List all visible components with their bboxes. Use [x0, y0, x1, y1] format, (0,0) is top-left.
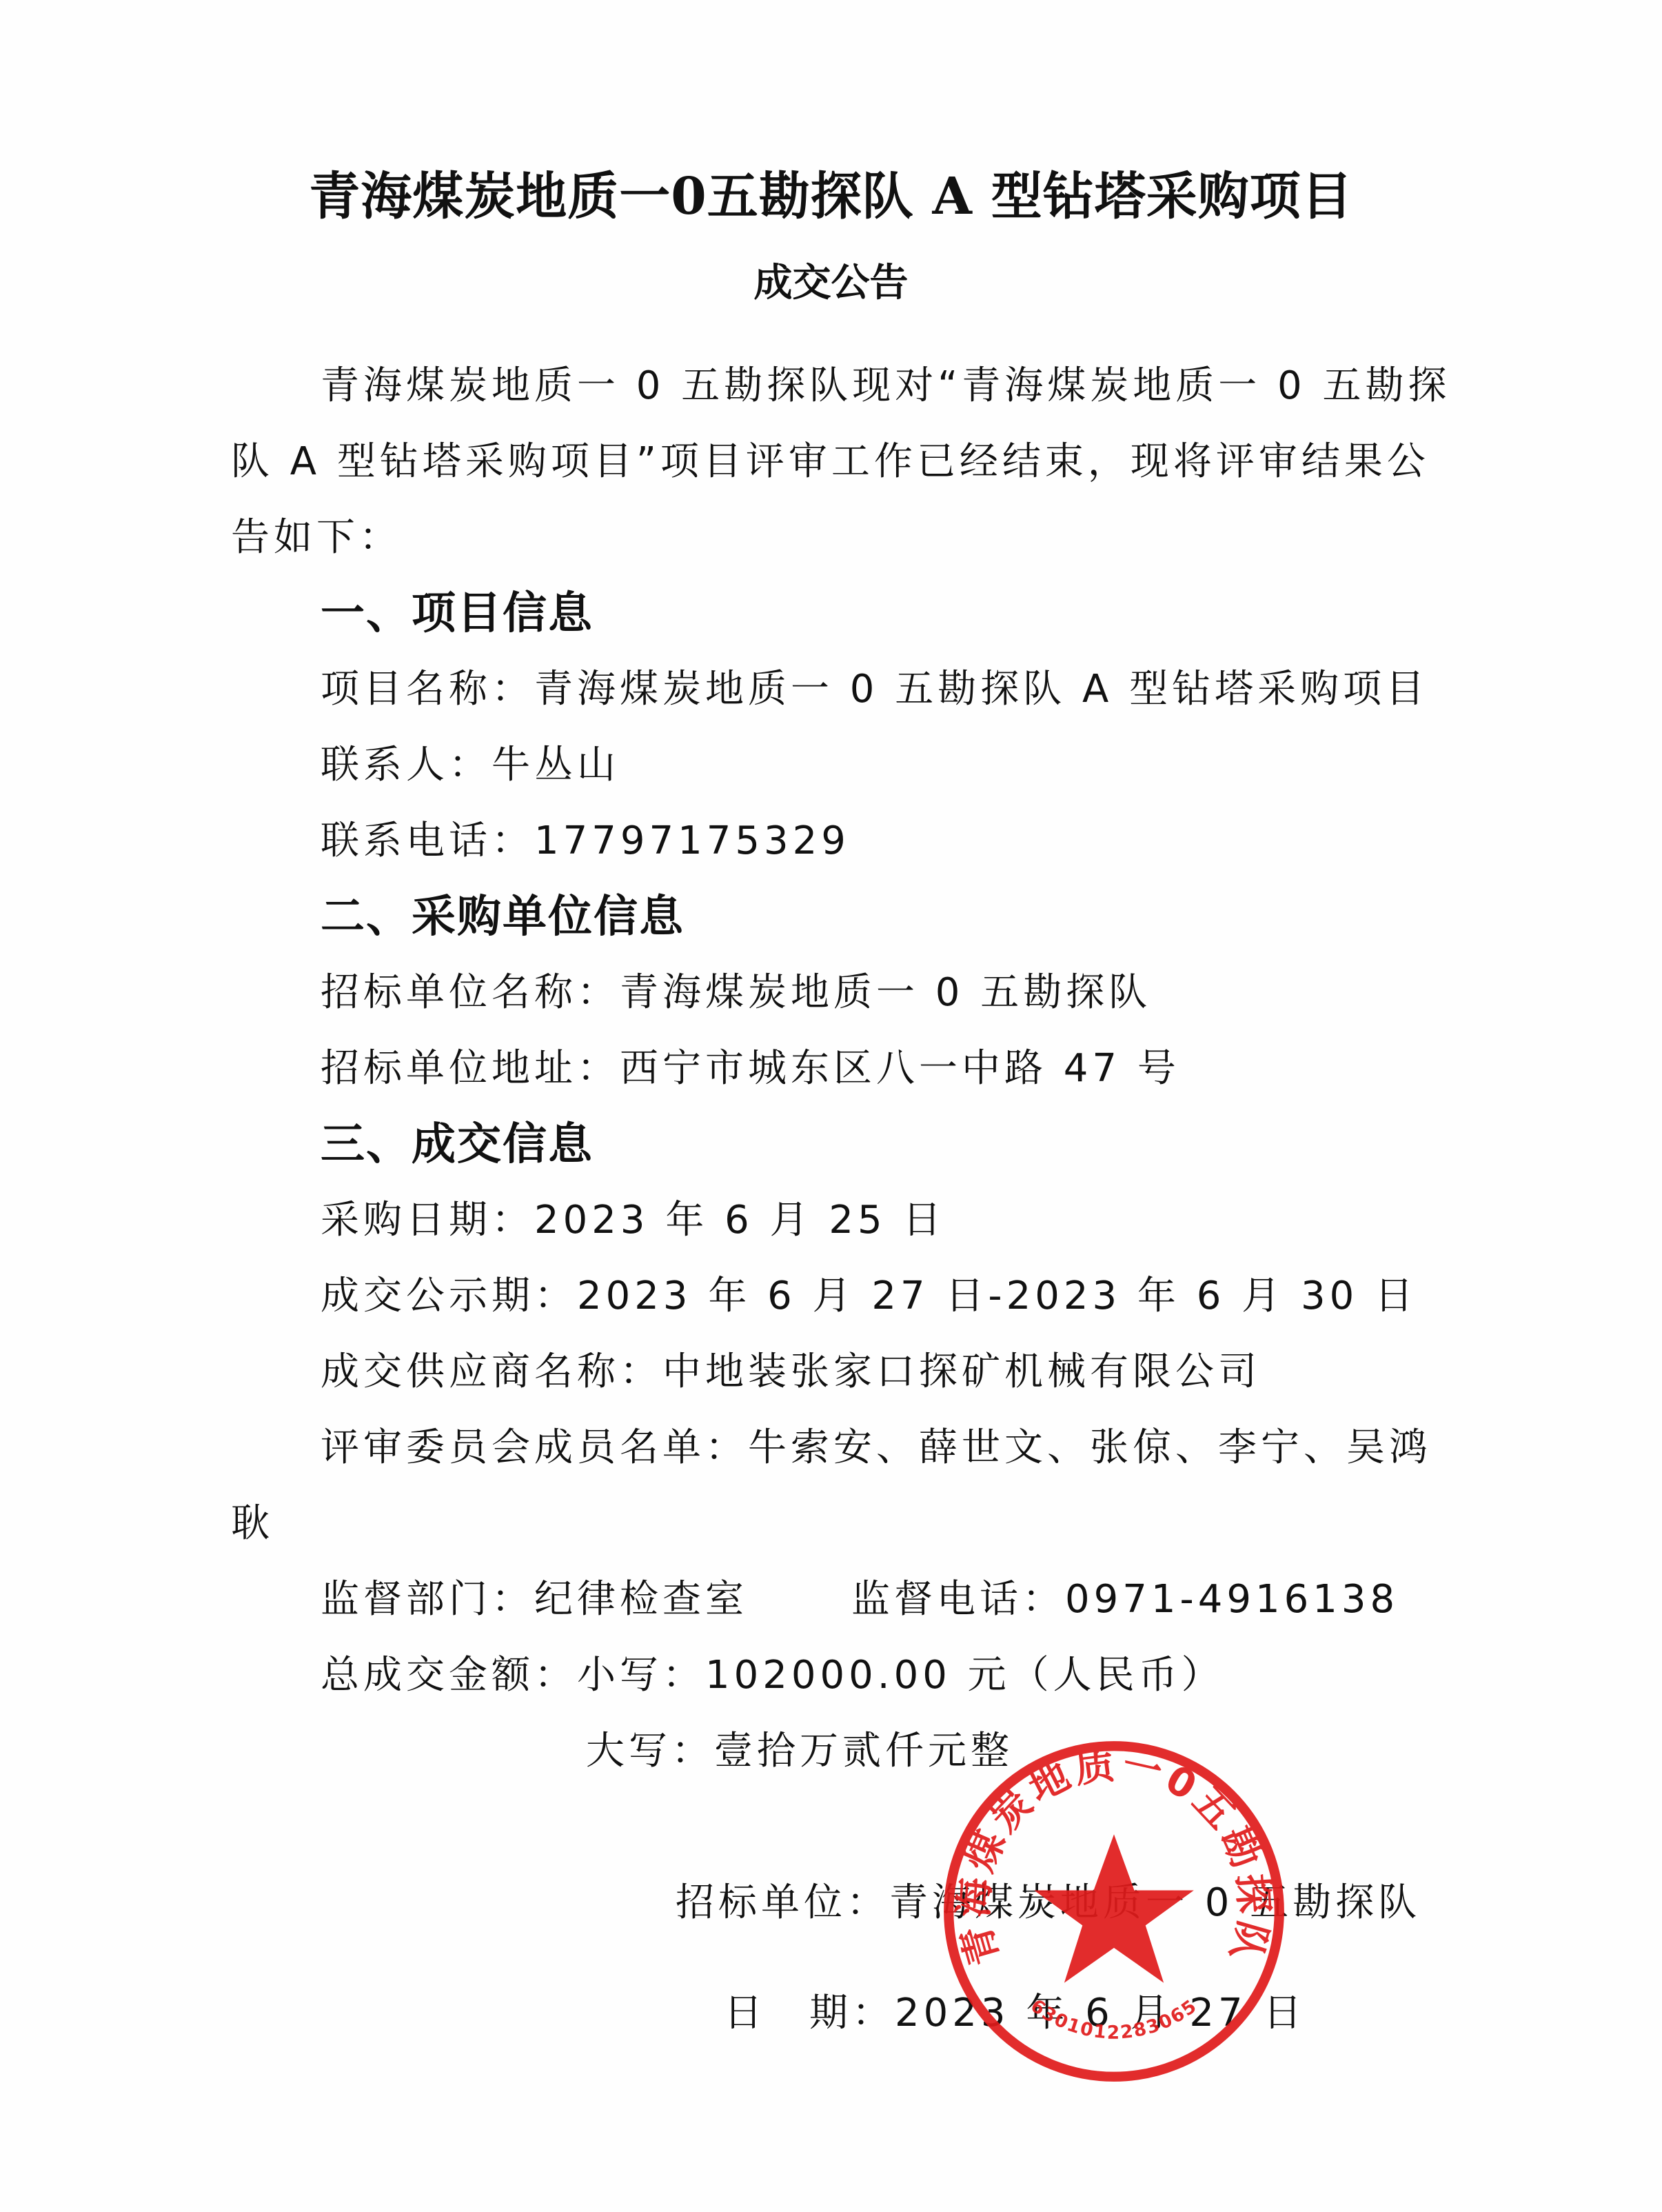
field-supplier-name: 成交供应商名称：中地装张家口探矿机械有限公司 [321, 1345, 1261, 1400]
signature-date-value: 2023 年 6 月 27 日 [895, 1991, 1306, 2035]
field-value: 17797175329 [534, 818, 850, 863]
field-total-amount-uppercase: 大写：壹拾万贰仟元整 [586, 1724, 1013, 1779]
field-value: 2023 年 6 月 27 日-2023 年 6 月 30 日 [577, 1274, 1417, 1318]
field-value: 青海煤炭地质一 0 五勘探队 [620, 970, 1151, 1015]
field-label: 总成交金额： [321, 1653, 577, 1698]
field-label: 联系人： [321, 743, 491, 787]
intro-line-2: 队 A 型钻塔采购项目”项目评审工作已经结束，现将评审结果公 [231, 434, 1430, 490]
field-value: 牛丛山 [491, 743, 620, 787]
field-value: 青海煤炭地质一 0 五勘探队 A 型钻塔采购项目 [534, 667, 1428, 712]
field-bidder-name: 招标单位名称：青海煤炭地质一 0 五勘探队 [321, 965, 1151, 1020]
signature-unit: 招标单位：青海煤炭地质一 0 五勘探队 [676, 1876, 1421, 1931]
signature-unit-label: 招标单位： [676, 1880, 889, 1925]
signature-date: 日 期：2023 年 6 月 27 日 [724, 1986, 1306, 2041]
field-label: 联系电话： [321, 818, 534, 863]
field-bidder-address: 招标单位地址：西宁市城东区八一中路 47 号 [321, 1041, 1180, 1096]
section-heading-deal-info: 三、成交信息 [321, 1117, 594, 1172]
field-value: 0971-4916138 [1065, 1577, 1399, 1622]
field-committee-members: 评审委员会成员名单：牛索安、薛世文、张倞、李宁、吴鸿 [321, 1420, 1432, 1476]
field-total-amount: 总成交金额：小写：102000.00 元（人民币） [321, 1648, 1224, 1703]
field-value: 2023 年 6 月 25 日 [534, 1198, 945, 1243]
field-supervision: 监督部门：纪律检查室监督电话：0971-4916138 [321, 1572, 1399, 1627]
field-label: 项目名称： [321, 667, 534, 712]
field-label: 评审委员会成员名单： [321, 1425, 748, 1470]
field-label: 成交供应商名称： [321, 1349, 662, 1394]
field-contact-person: 联系人：牛丛山 [321, 738, 620, 793]
field-label: 监督部门： [321, 1577, 534, 1622]
field-value: 纪律检查室 [534, 1577, 748, 1622]
field-label: 采购日期： [321, 1198, 534, 1243]
document-page: 青海煤炭地质一0五勘探队 A 型钻塔采购项目 成交公告 青海煤炭地质一 0 五勘… [0, 0, 1662, 2212]
intro-line-1: 青海煤炭地质一 0 五勘探队现对“青海煤炭地质一 0 五勘探 [321, 359, 1450, 414]
field-label: 成交公示期： [321, 1274, 577, 1318]
field-contact-phone: 联系电话：17797175329 [321, 814, 850, 869]
field-label: 招标单位地址： [321, 1046, 620, 1091]
field-value: 壹拾万贰仟元整 [714, 1729, 1013, 1773]
field-value: 牛索安、薛世文、张倞、李宁、吴鸿 [748, 1425, 1432, 1470]
field-value: 小写：102000.00 元（人民币） [577, 1653, 1224, 1698]
signature-date-label: 日 期： [724, 1991, 895, 2035]
field-value: 中地装张家口探矿机械有限公司 [662, 1349, 1261, 1394]
document-subtitle: 成交公告 [0, 255, 1662, 310]
signature-unit-value: 青海煤炭地质一 0 五勘探队 [889, 1880, 1421, 1925]
field-label: 监督电话： [851, 1577, 1065, 1622]
field-purchase-date: 采购日期：2023 年 6 月 25 日 [321, 1193, 945, 1248]
section-heading-purchaser-info: 二、采购单位信息 [321, 889, 685, 945]
field-committee-members-continuation: 耿 [231, 1496, 274, 1551]
document-title: 青海煤炭地质一0五勘探队 A 型钻塔采购项目 [0, 162, 1662, 231]
field-project-name: 项目名称：青海煤炭地质一 0 五勘探队 A 型钻塔采购项目 [321, 662, 1428, 717]
section-heading-project-info: 一、项目信息 [321, 586, 594, 641]
field-label: 招标单位名称： [321, 970, 620, 1015]
intro-line-3: 告如下： [231, 510, 402, 565]
field-publicity-period: 成交公示期：2023 年 6 月 27 日-2023 年 6 月 30 日 [321, 1269, 1417, 1324]
field-label: 大写： [586, 1729, 714, 1773]
field-value: 西宁市城东区八一中路 47 号 [620, 1046, 1180, 1091]
